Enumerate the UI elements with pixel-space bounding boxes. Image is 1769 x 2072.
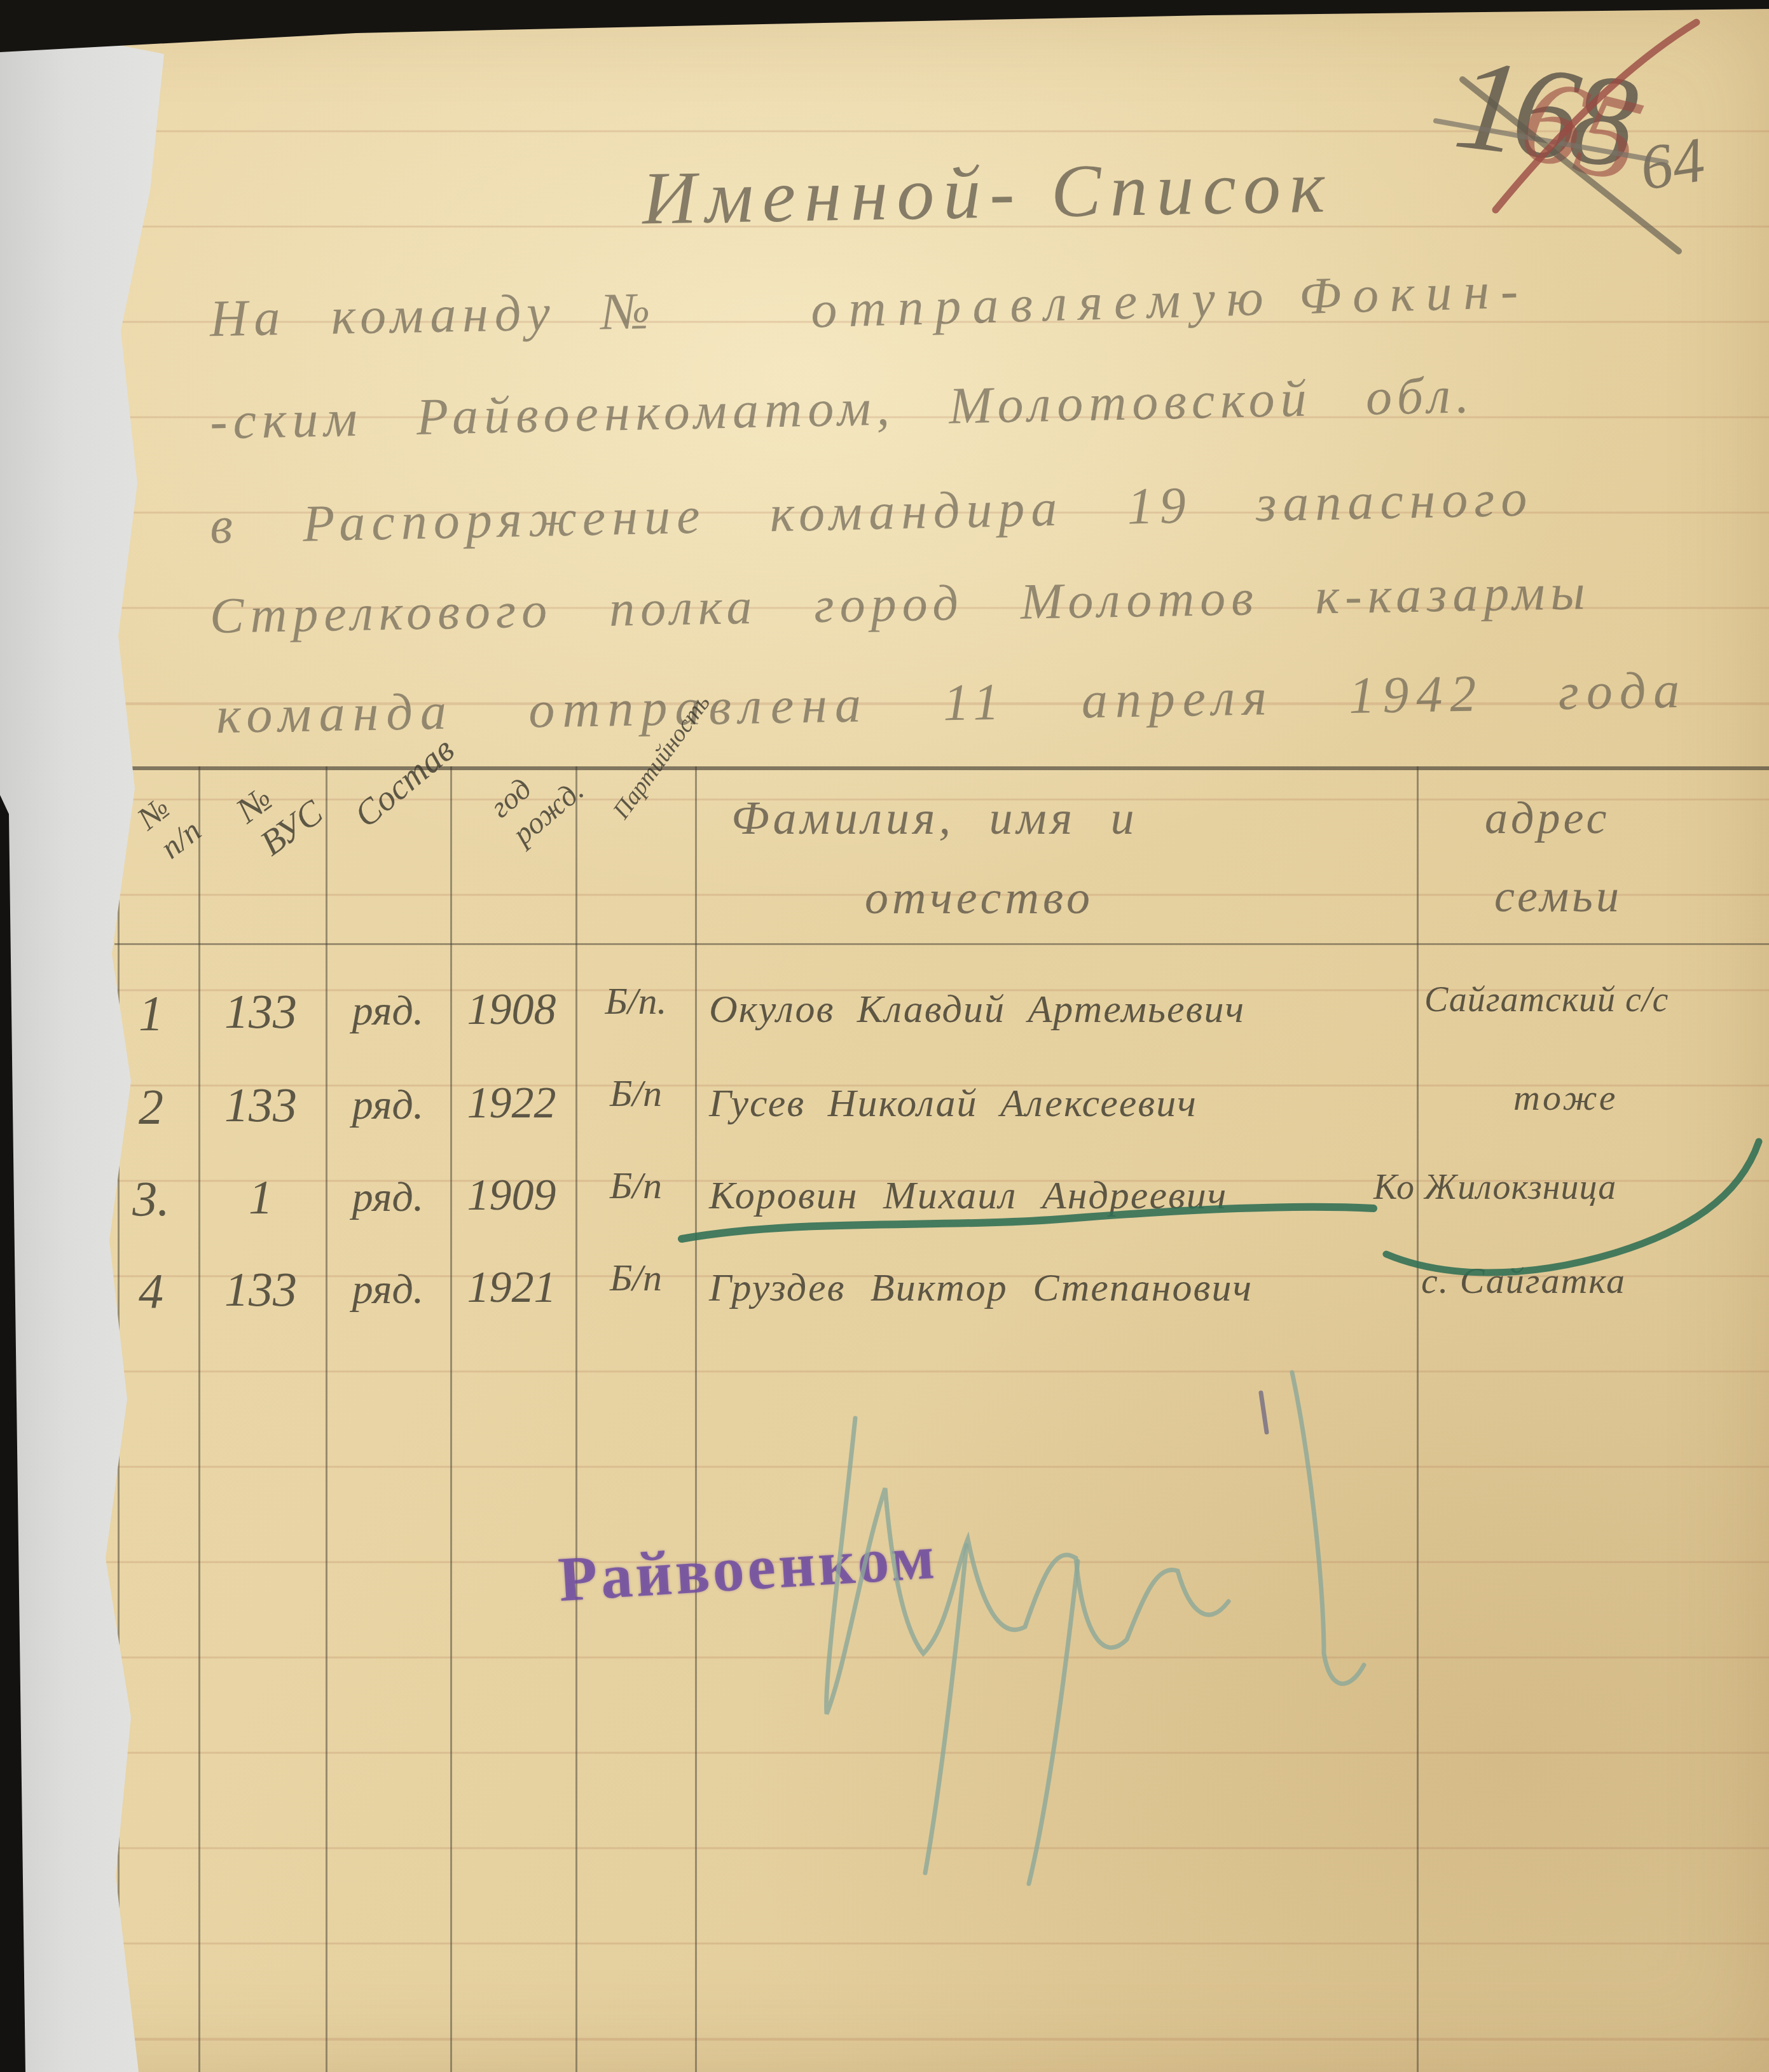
row-year: 1921	[453, 1262, 570, 1313]
row-name: Коровин Михаил Андреевич	[709, 1173, 1227, 1219]
table-header-bottom-border	[114, 943, 1769, 945]
row-rank: ряд.	[331, 1173, 445, 1222]
table-column-line	[450, 766, 452, 2072]
row-vus: 133	[203, 1078, 318, 1133]
header-vus: № ВУС	[229, 798, 295, 880]
row-name: Гусев Николай Алексеевич	[709, 1081, 1197, 1126]
row-address: Сайгатский с/с	[1424, 979, 1669, 1020]
preamble-line-1-left: На команду №	[209, 281, 657, 349]
row-rank: ряд.	[331, 1266, 445, 1314]
document-title: Именной- Список	[642, 144, 1334, 242]
row-rank: ряд.	[331, 1081, 445, 1129]
row-num: 3.	[121, 1170, 181, 1227]
header-num: № п/п	[130, 808, 171, 881]
table-top-border	[114, 766, 1769, 770]
preamble-line-1-right: отправляемую Фокин-	[810, 260, 1531, 340]
header-name-line2: отчество	[865, 871, 1094, 925]
row-name: Груздев Виктор Степанович	[709, 1266, 1253, 1311]
table-column-line	[1417, 766, 1419, 2072]
table-column-line	[198, 766, 200, 2072]
row-party: Б/п	[582, 1256, 690, 1300]
row-num: 1	[121, 984, 181, 1042]
page-number: 64	[1635, 123, 1710, 205]
row-vus: 133	[203, 984, 318, 1040]
row-address: Ко Жилокзница	[1373, 1167, 1616, 1208]
header-name-line1: Фамилия, имя и	[731, 792, 1138, 846]
header-sostav: Состав	[347, 805, 464, 845]
row-party: Б/п.	[582, 979, 690, 1023]
preamble-line-2: -ским Райвоенкоматом, Молотовской обл.	[209, 365, 1475, 452]
table-column-line	[326, 766, 327, 2072]
row-party: Б/п	[582, 1164, 690, 1208]
row-address: тоже	[1513, 1076, 1618, 1119]
row-name: Окулов Клавдий Артемьевич	[709, 987, 1245, 1032]
row-year: 1908	[453, 984, 570, 1035]
header-address-line2: семьи	[1494, 870, 1622, 923]
scanned-document-page: 168 65 64 Именной- Список На команду № о…	[0, 0, 1769, 2072]
row-party: Б/п	[582, 1072, 690, 1115]
row-address: с. Сайгатка	[1421, 1259, 1626, 1302]
document-sheet: 168 65 64 Именной- Список На команду № о…	[0, 0, 1769, 2072]
row-vus: 1	[203, 1170, 318, 1226]
rayvoenkom-stamp: Райвоенком	[556, 1520, 939, 1616]
preamble-line-3: в Распоряжение командира 19 запасного	[209, 468, 1534, 556]
header-birth-year: год рожд.	[483, 798, 565, 868]
table-column-line	[695, 766, 697, 2072]
table-column-line	[575, 766, 577, 2072]
header-address-line1: адрес	[1485, 792, 1609, 845]
row-vus: 133	[203, 1262, 318, 1318]
row-num: 4	[121, 1262, 181, 1320]
row-rank: ряд.	[331, 987, 445, 1035]
row-year: 1922	[453, 1078, 570, 1129]
preamble-line-4: Стрелкового полка город Молотов к-казарм…	[209, 563, 1591, 646]
row-year: 1909	[453, 1170, 570, 1221]
